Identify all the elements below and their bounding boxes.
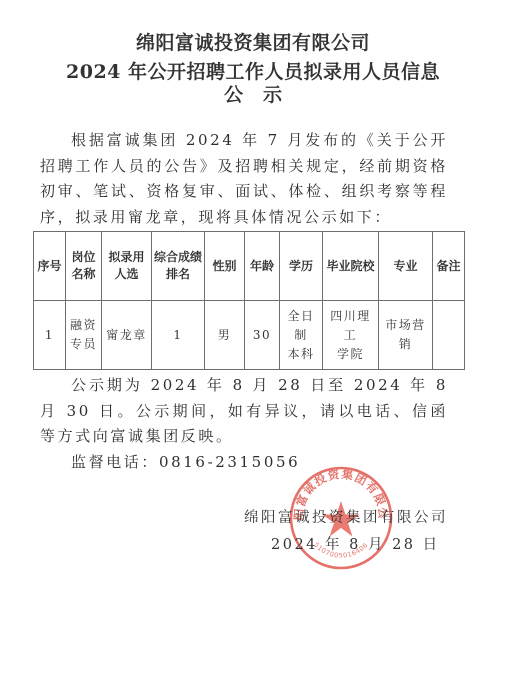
notice-text: 公示期为 2024 年 8 月 28 日至 2024 年 8 月 30 日。公示… bbox=[40, 373, 448, 450]
cell-major: 市场营销 bbox=[379, 301, 433, 370]
cell-gender: 男 bbox=[205, 301, 245, 370]
document-title-line-1: 绵阳富诚投资集团有限公司 bbox=[0, 28, 506, 55]
signature-date: 2024 年 8 月 28 日 bbox=[271, 533, 440, 554]
header-major: 专业 bbox=[379, 232, 433, 301]
cell-age: 30 bbox=[245, 301, 280, 370]
cell-school: 四川理工学院 bbox=[323, 301, 379, 370]
cell-index: 1 bbox=[34, 301, 66, 370]
header-index: 序号 bbox=[34, 232, 66, 301]
header-position: 岗位名称 bbox=[66, 232, 102, 301]
header-remark: 备注 bbox=[433, 232, 465, 301]
hiring-table: 序号 岗位名称 拟录用人选 综合成绩排名 性别 年龄 学历 毕业院校 专业 备注… bbox=[33, 231, 465, 370]
cell-position: 融资专员 bbox=[66, 301, 102, 370]
intro-text: 根据富诚集团 2024 年 7 月发布的《关于公开招聘工作人员的公告》及招聘相关… bbox=[40, 128, 448, 230]
intro-paragraph: 根据富诚集团 2024 年 7 月发布的《关于公开招聘工作人员的公告》及招聘相关… bbox=[40, 128, 448, 230]
notice-paragraph: 公示期为 2024 年 8 月 28 日至 2024 年 8 月 30 日。公示… bbox=[40, 373, 448, 475]
signature-organization: 绵阳富诚投资集团有限公司 bbox=[244, 506, 448, 527]
header-rank: 综合成绩排名 bbox=[152, 232, 205, 301]
cell-rank: 1 bbox=[152, 301, 205, 370]
header-school: 毕业院校 bbox=[323, 232, 379, 301]
header-education: 学历 bbox=[280, 232, 323, 301]
table-header-row: 序号 岗位名称 拟录用人选 综合成绩排名 性别 年龄 学历 毕业院校 专业 备注 bbox=[34, 232, 465, 301]
document-title-line-3: 公示 bbox=[0, 80, 506, 107]
header-candidate: 拟录用人选 bbox=[102, 232, 152, 301]
cell-remark bbox=[433, 301, 465, 370]
title-char-gong: 公 bbox=[224, 84, 243, 106]
title-char-shi: 示 bbox=[263, 84, 282, 106]
header-gender: 性别 bbox=[205, 232, 245, 301]
cell-candidate: 甯龙章 bbox=[102, 301, 152, 370]
cell-education: 全日制本科 bbox=[280, 301, 323, 370]
table-row: 1 融资专员 甯龙章 1 男 30 全日制本科 四川理工学院 市场营销 bbox=[34, 301, 465, 370]
header-age: 年龄 bbox=[245, 232, 280, 301]
